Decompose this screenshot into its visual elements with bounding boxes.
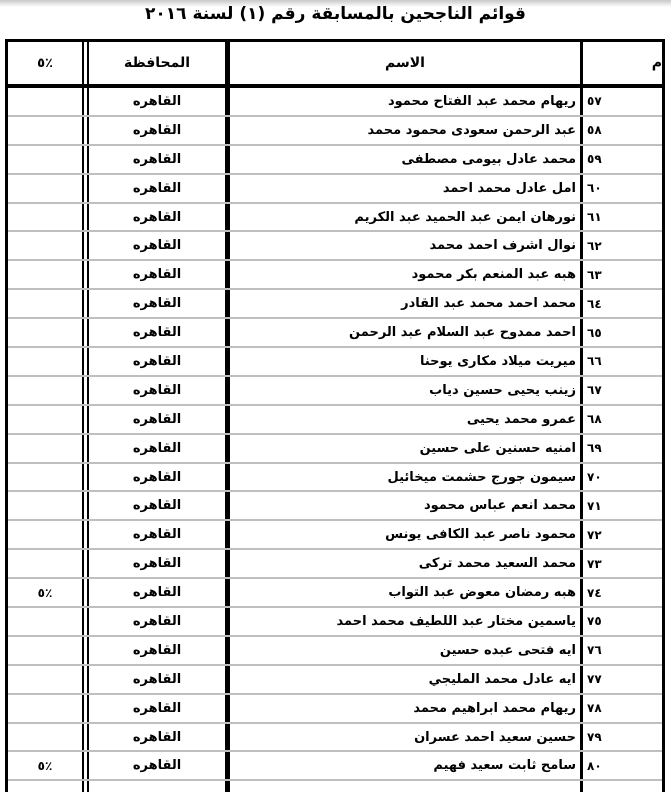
- cell-percent: [8, 637, 89, 664]
- cell-name: ريهام محمد ابراهيم محمد: [230, 695, 583, 722]
- document-page: قوائم الناجحين بالمسابقة رقم (١) لسنة ٢٠…: [0, 0, 671, 792]
- cell-governorate: القاهره: [89, 637, 230, 664]
- cell-name: احمد ممدوح عبد السلام عبد الرحمن: [230, 319, 583, 346]
- table-row: القاهره محمد احمد محمد عبد القادر ٦٤: [8, 290, 662, 319]
- cell-governorate: القاهره: [89, 724, 230, 751]
- cell-name: حسين سعيد احمد عسران: [230, 724, 583, 751]
- cell-serial: ٦٣: [583, 261, 662, 288]
- cell-governorate: القاهره: [89, 146, 230, 173]
- header-name-column: الاسم: [230, 42, 583, 84]
- cell-percent: [8, 435, 89, 462]
- table-header-row: ٥٪ المحافظة الاسم م: [8, 42, 662, 88]
- cell-percent-empty: [8, 781, 89, 791]
- cell-name: نورهان ايمن عبد الحميد عبد الكريم: [230, 204, 583, 231]
- header-governorate-column: المحافظة: [89, 42, 230, 84]
- cell-name: محمد انعم عباس محمود: [230, 492, 583, 519]
- table-row: القاهره امنيه حسنين على حسين ٦٩: [8, 435, 662, 464]
- table-row: القاهره احمد ممدوح عبد السلام عبد الرحمن…: [8, 319, 662, 348]
- table-row: القاهره محمد عادل بيومى مصطفى ٥٩: [8, 146, 662, 175]
- cell-name: هبه رمضان معوض عبد التواب: [230, 579, 583, 606]
- table-row: القاهره امل عادل محمد احمد ٦٠: [8, 175, 662, 204]
- table-row: القاهره نوال اشرف احمد محمد ٦٢: [8, 232, 662, 261]
- cell-percent: [8, 550, 89, 577]
- cell-governorate: القاهره: [89, 695, 230, 722]
- cell-governorate: القاهره: [89, 117, 230, 144]
- cell-percent: [8, 348, 89, 375]
- cell-governorate: القاهره: [89, 579, 230, 606]
- cell-name: نوال اشرف احمد محمد: [230, 232, 583, 259]
- cell-percent: [8, 204, 89, 231]
- cell-percent: [8, 406, 89, 433]
- table-row: ٥٪ القاهره هبه رمضان معوض عبد التواب ٧٤: [8, 579, 662, 608]
- cell-percent: [8, 608, 89, 635]
- cell-serial: ٦٢: [583, 232, 662, 259]
- cell-name: ريهام محمد عبد الفتاح محمود: [230, 88, 583, 115]
- cell-governorate-empty: [89, 781, 230, 791]
- table-row: القاهره ياسمين مختار عبد اللطيف محمد احم…: [8, 608, 662, 637]
- cell-serial: ٧٣: [583, 550, 662, 577]
- cell-governorate: القاهره: [89, 435, 230, 462]
- cell-percent: [8, 261, 89, 288]
- table-row: القاهره نورهان ايمن عبد الحميد عبد الكري…: [8, 204, 662, 233]
- table-row: القاهره ايه فتحى عبده حسين ٧٦: [8, 637, 662, 666]
- cell-percent: [8, 175, 89, 202]
- cell-serial: ٦٩: [583, 435, 662, 462]
- cell-serial: ٧٢: [583, 521, 662, 548]
- cell-name: سامح ثابت سعيد فهيم: [230, 752, 583, 779]
- cell-name: ميريت ميلاد مكارى يوحنا: [230, 348, 583, 375]
- cell-serial: ٧٩: [583, 724, 662, 751]
- cell-name: محمد السعيد محمد تركى: [230, 550, 583, 577]
- cell-name: عبد الرحمن سعودى محمود محمد: [230, 117, 583, 144]
- cell-governorate: القاهره: [89, 608, 230, 635]
- cell-percent: [8, 319, 89, 346]
- table-body: القاهره ريهام محمد عبد الفتاح محمود ٥٧ ا…: [8, 88, 662, 781]
- cell-percent: [8, 290, 89, 317]
- table-row: القاهره محمود ناصر عبد الكافى يونس ٧٢: [8, 521, 662, 550]
- cell-name: محمود ناصر عبد الكافى يونس: [230, 521, 583, 548]
- cell-percent: [8, 464, 89, 491]
- cell-name: محمد عادل بيومى مصطفى: [230, 146, 583, 173]
- table-row-partial: [8, 781, 662, 791]
- cell-serial: ٧٦: [583, 637, 662, 664]
- header-percent-column: ٥٪: [8, 42, 89, 84]
- cell-governorate: القاهره: [89, 348, 230, 375]
- cell-serial: ٦٦: [583, 348, 662, 375]
- table-row: القاهره عمرو محمد يحيى ٦٨: [8, 406, 662, 435]
- cell-governorate: القاهره: [89, 666, 230, 693]
- table-row: القاهره محمد السعيد محمد تركى ٧٣: [8, 550, 662, 579]
- cell-name: زينب يحيى حسين دياب: [230, 377, 583, 404]
- cell-serial: ٥٨: [583, 117, 662, 144]
- cell-name: ايه فتحى عبده حسين: [230, 637, 583, 664]
- cell-name: امنيه حسنين على حسين: [230, 435, 583, 462]
- cell-serial: ٦٥: [583, 319, 662, 346]
- cell-governorate: القاهره: [89, 175, 230, 202]
- cell-serial: ٦١: [583, 204, 662, 231]
- table-row: القاهره هبه عبد المنعم بكر محمود ٦٣: [8, 261, 662, 290]
- cell-serial: ٧٠: [583, 464, 662, 491]
- cell-governorate: القاهره: [89, 464, 230, 491]
- cell-governorate: القاهره: [89, 319, 230, 346]
- cell-governorate: القاهره: [89, 261, 230, 288]
- table-row: القاهره زينب يحيى حسين دياب ٦٧: [8, 377, 662, 406]
- cell-percent: [8, 232, 89, 259]
- header-serial-column: م: [583, 42, 662, 84]
- table-row: القاهره عبد الرحمن سعودى محمود محمد ٥٨: [8, 117, 662, 146]
- cell-serial: ٧٧: [583, 666, 662, 693]
- cell-governorate: القاهره: [89, 406, 230, 433]
- cell-governorate: القاهره: [89, 550, 230, 577]
- cell-name-empty: [230, 781, 583, 791]
- table-row: القاهره حسين سعيد احمد عسران ٧٩: [8, 724, 662, 753]
- cell-percent: [8, 146, 89, 173]
- cell-serial: ٦٤: [583, 290, 662, 317]
- cell-governorate: القاهره: [89, 88, 230, 115]
- cell-name: ايه عادل محمد المليجي: [230, 666, 583, 693]
- cell-name: ياسمين مختار عبد اللطيف محمد احمد: [230, 608, 583, 635]
- cell-serial: ٨٠: [583, 752, 662, 779]
- cell-percent: ٥٪: [8, 752, 89, 779]
- cell-governorate: القاهره: [89, 204, 230, 231]
- cell-governorate: القاهره: [89, 290, 230, 317]
- cell-serial: ٧٤: [583, 579, 662, 606]
- cell-percent: [8, 695, 89, 722]
- cell-name: عمرو محمد يحيى: [230, 406, 583, 433]
- table-row: القاهره محمد انعم عباس محمود ٧١: [8, 492, 662, 521]
- cell-name: امل عادل محمد احمد: [230, 175, 583, 202]
- cell-serial: ٧٨: [583, 695, 662, 722]
- cell-name: هبه عبد المنعم بكر محمود: [230, 261, 583, 288]
- cell-serial: ٦٠: [583, 175, 662, 202]
- cell-serial: ٧٥: [583, 608, 662, 635]
- cell-governorate: القاهره: [89, 521, 230, 548]
- cell-governorate: القاهره: [89, 377, 230, 404]
- cell-serial: ٧١: [583, 492, 662, 519]
- cell-serial-empty: [583, 781, 662, 791]
- table-row: القاهره ريهام محمد عبد الفتاح محمود ٥٧: [8, 88, 662, 117]
- table-row: ٥٪ القاهره سامح ثابت سعيد فهيم ٨٠: [8, 752, 662, 781]
- cell-governorate: القاهره: [89, 492, 230, 519]
- page-title: قوائم الناجحين بالمسابقة رقم (١) لسنة ٢٠…: [0, 4, 671, 24]
- cell-serial: ٥٧: [583, 88, 662, 115]
- cell-percent: ٥٪: [8, 579, 89, 606]
- cell-percent: [8, 88, 89, 115]
- cell-serial: ٦٨: [583, 406, 662, 433]
- cell-percent: [8, 377, 89, 404]
- cell-name: محمد احمد محمد عبد القادر: [230, 290, 583, 317]
- cell-name: سيمون جورج حشمت ميخائيل: [230, 464, 583, 491]
- cell-serial: ٦٧: [583, 377, 662, 404]
- table-row: القاهره سيمون جورج حشمت ميخائيل ٧٠: [8, 464, 662, 493]
- cell-percent: [8, 117, 89, 144]
- cell-serial: ٥٩: [583, 146, 662, 173]
- table-row: القاهره ميريت ميلاد مكارى يوحنا ٦٦: [8, 348, 662, 377]
- cell-governorate: القاهره: [89, 232, 230, 259]
- cell-percent: [8, 724, 89, 751]
- cell-percent: [8, 666, 89, 693]
- table-row: القاهره ريهام محمد ابراهيم محمد ٧٨: [8, 695, 662, 724]
- cell-percent: [8, 492, 89, 519]
- cell-governorate: القاهره: [89, 752, 230, 779]
- cell-percent: [8, 521, 89, 548]
- table-row: القاهره ايه عادل محمد المليجي ٧٧: [8, 666, 662, 695]
- results-table: ٥٪ المحافظة الاسم م القاهره ريهام محمد ع…: [5, 39, 665, 792]
